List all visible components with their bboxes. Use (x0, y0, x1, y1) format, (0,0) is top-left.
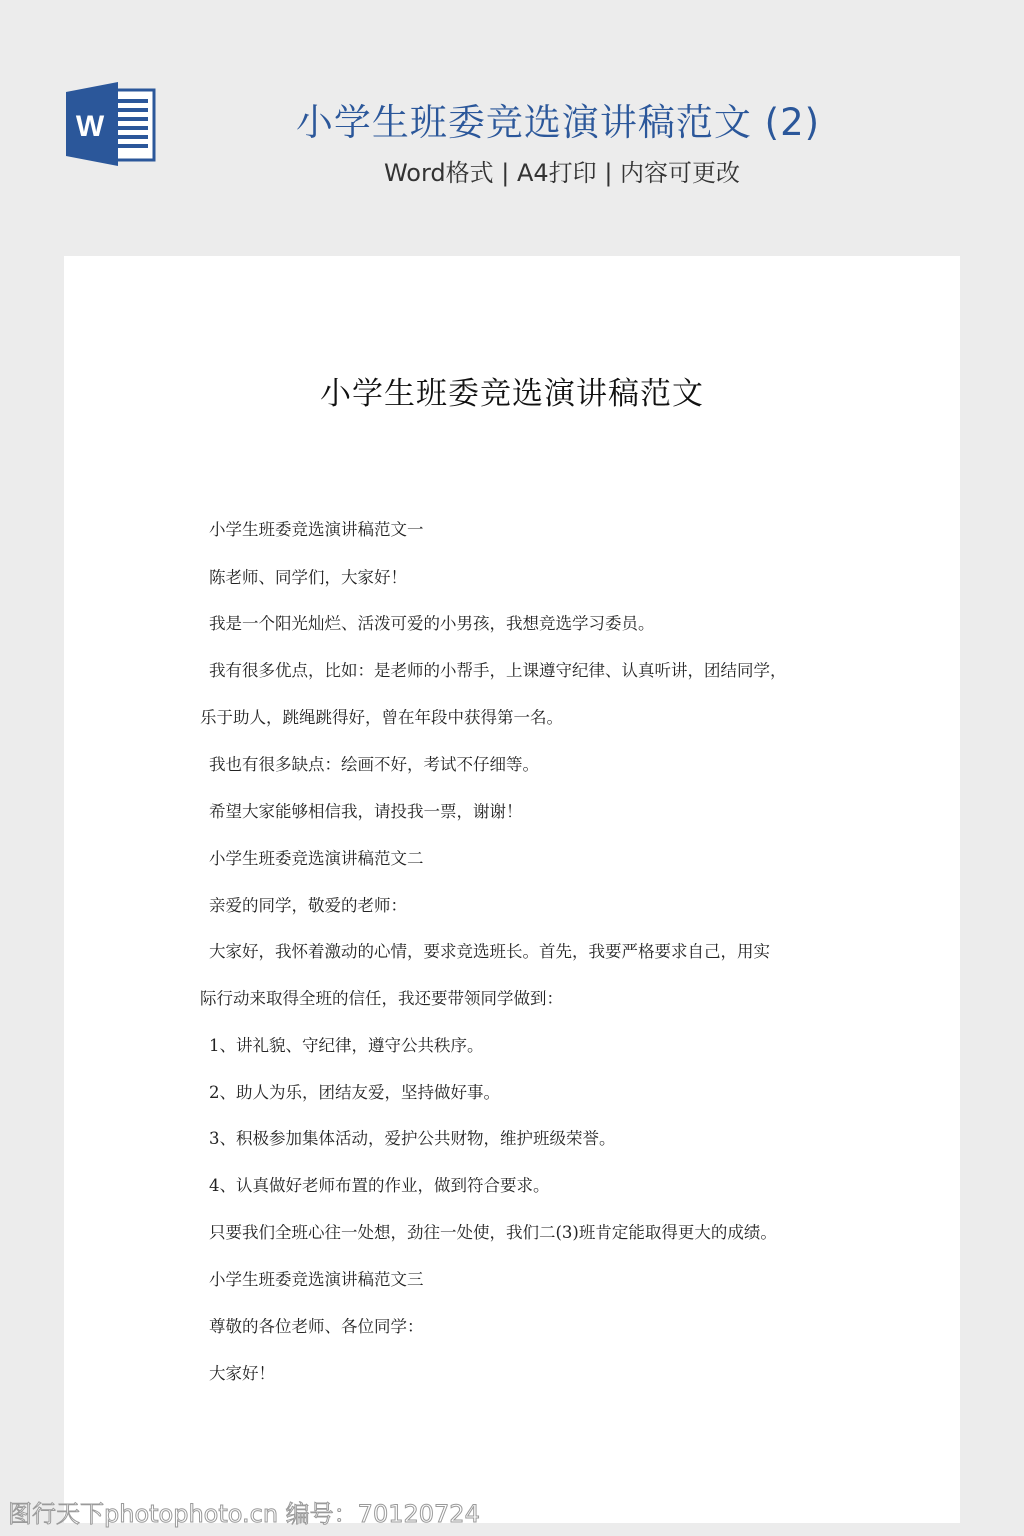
document-page: 小学生班委竞选演讲稿范文 小学生班委竞选演讲稿范文一陈老师、同学们，大家好！我是… (64, 256, 960, 1523)
header: W 小学生班委竞选演讲稿范文 (2) Word格式 | A4打印 | 内容可更改 (0, 0, 1024, 256)
document-line: 只要我们全班心往一处想，劲往一处使，我们二(3)班肯定能取得更大的成绩。 (209, 1223, 777, 1243)
document-line: 小学生班委竞选演讲稿范文一 (209, 520, 424, 540)
watermark: 图行天下photophoto.cn 编号：70120724 (8, 1494, 480, 1529)
document-line: 4、认真做好老师布置的作业，做到符合要求。 (209, 1176, 550, 1196)
page-heading: 小学生班委竞选演讲稿范文 (64, 368, 960, 413)
document-line: 大家好！ (209, 1364, 275, 1384)
document-line: 际行动来取得全班的信任，我还要带领同学做到： (200, 989, 563, 1009)
document-subtitle: Word格式 | A4打印 | 内容可更改 (0, 153, 1024, 188)
document-line: 小学生班委竞选演讲稿范文三 (209, 1270, 424, 1290)
document-line: 小学生班委竞选演讲稿范文二 (209, 849, 424, 869)
document-line: 大家好，我怀着激动的心情，要求竞选班长。首先，我要严格要求自己，用实 (209, 942, 770, 962)
document-line: 亲爱的同学，敬爱的老师： (209, 896, 407, 916)
document-line: 陈老师、同学们，大家好！ (209, 568, 407, 588)
document-line: 2、助人为乐，团结友爱，坚持做好事。 (209, 1083, 500, 1103)
document-title: 小学生班委竞选演讲稿范文 (2) (0, 92, 1024, 146)
document-line: 乐于助人，跳绳跳得好，曾在年段中获得第一名。 (200, 708, 563, 728)
document-line: 3、积极参加集体活动，爱护公共财物，维护班级荣誉。 (209, 1129, 616, 1149)
document-line: 我也有很多缺点：绘画不好，考试不仔细等。 (209, 755, 539, 775)
document-line: 希望大家能够相信我，请投我一票，谢谢！ (209, 802, 523, 822)
document-line: 我有很多优点，比如：是老师的小帮手，上课遵守纪律、认真听讲，团结同学， (209, 661, 787, 681)
document-line: 我是一个阳光灿烂、活泼可爱的小男孩，我想竞选学习委员。 (209, 614, 655, 634)
document-line: 尊敬的各位老师、各位同学： (209, 1317, 424, 1337)
document-line: 1、讲礼貌、守纪律，遵守公共秩序。 (209, 1036, 484, 1056)
